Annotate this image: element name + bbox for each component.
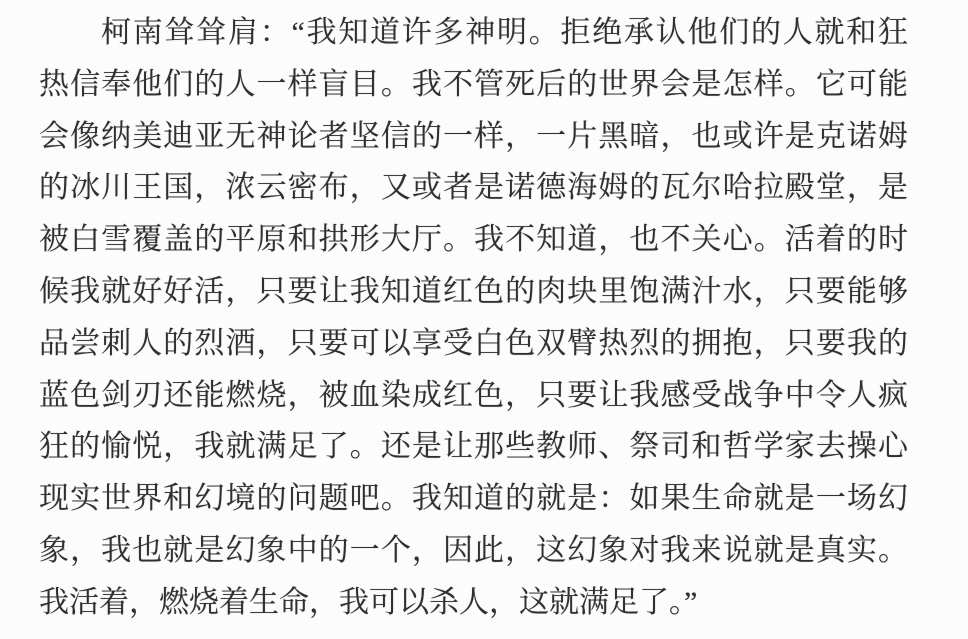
scanned-book-page: 柯南耸耸肩：“我知道许多神明。拒绝承认他们的人就和狂 热信奉他们的人一样盲目。我…: [0, 0, 968, 639]
text-line: 会像纳美迪亚无神论者坚信的一样，一片黑暗，也或许是克诺姆: [39, 111, 908, 163]
text-line: 我活着，燃烧着生命，我可以杀人，这就满足了。”: [39, 577, 908, 629]
text-line: 品尝刺人的烈酒，只要可以享受白色双臂热烈的拥抱，只要我的: [39, 318, 908, 370]
text-line: 蓝色剑刃还能燃烧，被血染成红色，只要让我感受战争中令人疯: [39, 370, 908, 422]
paragraph: 柯南耸耸肩：“我知道许多神明。拒绝承认他们的人就和狂 热信奉他们的人一样盲目。我…: [39, 7, 908, 629]
text-line: 的冰川王国，浓云密布，又或者是诺德海姆的瓦尔哈拉殿堂，是: [39, 162, 908, 214]
text-line: 象，我也就是幻象中的一个，因此，这幻象对我来说就是真实。: [39, 525, 908, 577]
text-line: 候我就好好活，只要让我知道红色的肉块里饱满汁水，只要能够: [39, 266, 908, 318]
text-line: 现实世界和幻境的问题吧。我知道的就是：如果生命就是一场幻: [39, 473, 908, 525]
text-line: 被白雪覆盖的平原和拱形大厅。我不知道，也不关心。活着的时: [39, 214, 908, 266]
text-line: 柯南耸耸肩：“我知道许多神明。拒绝承认他们的人就和狂: [39, 7, 908, 59]
text-line: 热信奉他们的人一样盲目。我不管死后的世界会是怎样。它可能: [39, 59, 908, 111]
text-line: 狂的愉悦，我就满足了。还是让那些教师、祭司和哲学家去操心: [39, 421, 908, 473]
